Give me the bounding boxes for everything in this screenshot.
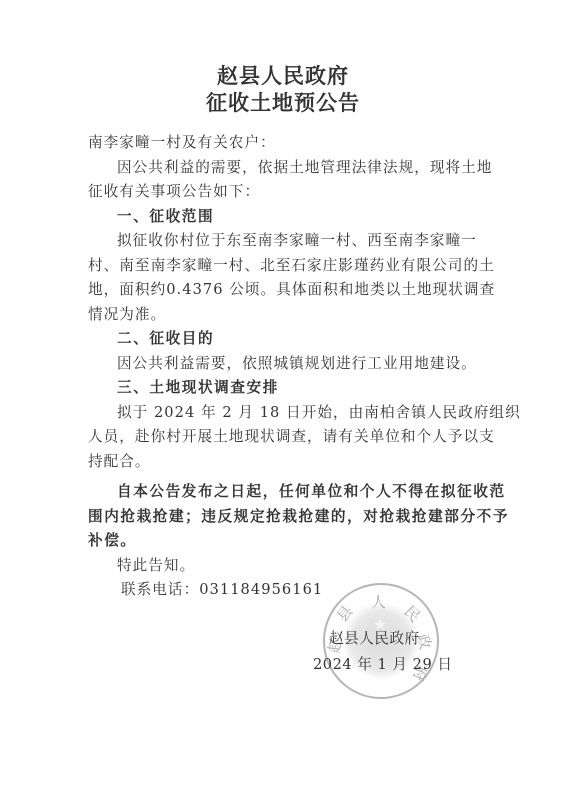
signature-date: 2024 年 1 月 29 日 [313,653,452,674]
addressee: 南李家疃一村及有关农户： [88,133,484,153]
section-heading-purpose: 二、征收目的 [117,329,513,349]
warning-line: 自本公告发布之日起，任何单位和个人不得在拟征收范 [117,482,513,502]
closing-text: 特此告知。 [117,556,513,576]
document-title: 赵县人民政府 [0,60,566,90]
contact-phone: 联系电话：031184956161 [121,580,517,600]
document-subtitle: 征收土地预公告 [0,87,566,117]
body-line: 村、南至南李家疃一村、北至石家庄影瑾药业有限公司的土 [88,256,484,276]
section-heading-survey: 三、土地现状调查安排 [117,378,513,398]
body-line: 持配合。 [88,452,484,472]
warning-line: 补偿。 [88,531,484,551]
signature-org: 赵县人民政府 [329,627,420,648]
seal-char: 人 [371,591,386,612]
announcement-page: 赵县人民政府 征收土地预公告 南李家疃一村及有关农户： 因公共利益的需要，依据土… [0,0,566,800]
body-line: 拟征收你村位于东至南李家疃一村、西至南李家疃一 [117,231,513,251]
body-line: 地，面积约0.4376 公顷。具体面积和地类以土地现状调查 [88,280,484,300]
warning-line: 围内抢栽抢建；违反规定抢栽抢建的，对抢栽抢建部分不予 [88,507,484,527]
body-line: 人员，赴你村开展土地现状调查，请有关单位和个人予以支 [88,427,484,447]
section-heading-scope: 一、征收范围 [117,207,513,227]
body-line: 因公共利益需要，依照城镇规划进行工业用地建设。 [117,354,513,374]
body-line: 拟于 2024 年 2 月 18 日开始，由南柏舍镇人民政府组织 [117,403,513,423]
intro-line: 因公共利益的需要，依据土地管理法律法规，现将土地 [117,158,513,178]
body-line: 情况为准。 [88,305,484,325]
intro-line: 征收有关事项公告如下： [88,182,484,202]
